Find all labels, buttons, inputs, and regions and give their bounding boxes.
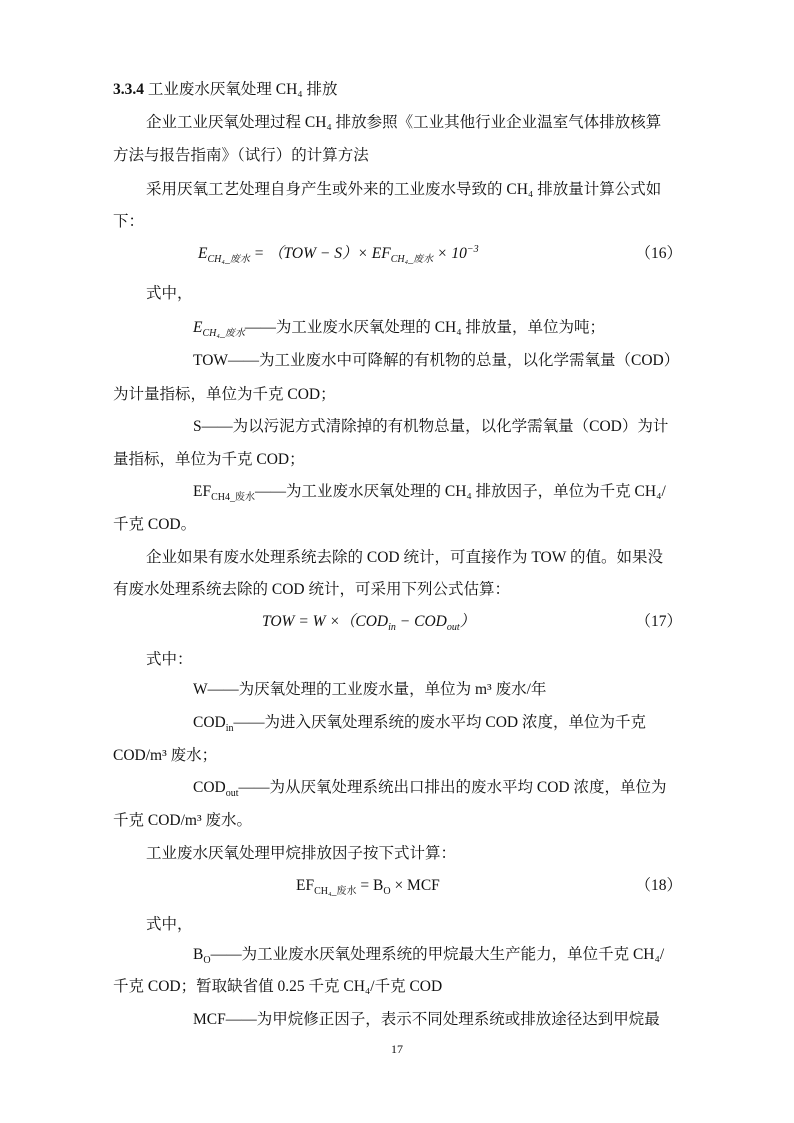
equation-number: （16）: [635, 244, 682, 264]
section-number: 3.3.4: [113, 81, 144, 98]
paragraph-line: 采用厌氧工艺处理自身产生或外来的工业废水导致的 CH₄ 排放量计算公式如: [146, 180, 661, 200]
where-label: 式中：: [146, 650, 193, 670]
equation-number: （18）: [635, 876, 682, 896]
paragraph-line: 千克 COD/m³ 废水。: [113, 811, 252, 831]
definition-e-ch4: ECH₄_废水——为工业废水厌氧处理的 CH₄ 排放量，单位为吨；: [193, 318, 605, 338]
equation-number: （17）: [635, 612, 682, 632]
definition-bo: BO——为工业废水厌氧处理系统的甲烷最大生产能力，单位千克 CH₄/: [193, 945, 664, 965]
paragraph-line: 企业如果有废水处理系统去除的 COD 统计，可直接作为 TOW 的值。如果没: [146, 548, 663, 568]
paragraph-line: COD/m³ 废水；: [113, 746, 217, 766]
section-title: 工业废水厌氧处理 CH₄ 排放: [148, 81, 338, 98]
definition-ef: EFCH4_废水——为工业废水厌氧处理的 CH₄ 排放因子，单位为千克 CH₄/: [193, 482, 666, 502]
paragraph-line: 工业废水厌氧处理甲烷排放因子按下式计算：: [146, 844, 456, 864]
paragraph-line: 为计量指标，单位为千克 COD；: [113, 385, 336, 405]
definition-cod-in: CODin——为进入厌氧处理系统的废水平均 COD 浓度，单位为千克: [193, 713, 646, 733]
paragraph-line: 企业工业厌氧处理过程 CH₄ 排放参照《工业其他行业企业温室气体排放核算: [146, 113, 661, 133]
where-label: 式中，: [146, 915, 193, 935]
where-label: 式中，: [146, 284, 193, 304]
definition-tow: TOW——为工业废水中可降解的有机物的总量，以化学需氧量（COD）: [193, 351, 679, 371]
paragraph-line: 千克 COD。: [113, 515, 196, 535]
section-heading: 3.3.4 工业废水厌氧处理 CH₄ 排放: [113, 80, 338, 100]
definition-w: W——为厌氧处理的工业废水量，单位为 m³ 废水/年: [193, 680, 546, 700]
definition-s: S——为以污泥方式清除掉的有机物总量，以化学需氧量（COD）为计: [193, 417, 668, 437]
paragraph-line: 千克 COD；暂取缺省值 0.25 千克 CH₄/千克 COD: [113, 977, 442, 997]
equation-16: ECH₄_废水 = （TOW − S）× EFCH₄_废水 × 10−3: [198, 244, 479, 264]
equation-18: EFCH₄_废水 = BO × MCF: [296, 876, 440, 896]
definition-cod-out: CODout——为从厌氧处理系统出口排出的废水平均 COD 浓度，单位为: [193, 778, 667, 798]
paragraph-line: 下：: [113, 212, 144, 232]
definition-mcf: MCF——为甲烷修正因子，表示不同处理系统或排放途径达到甲烷最: [193, 1010, 660, 1030]
equation-17: TOW = W ×（CODin − CODout）: [262, 612, 475, 632]
paragraph-line: 量指标，单位为千克 COD；: [113, 450, 305, 470]
paragraph-line: 有废水处理系统去除的 COD 统计，可采用下列公式估算：: [113, 580, 510, 600]
paragraph-line: 方法与报告指南》（试行）的计算方法: [113, 146, 369, 166]
page-number: 17: [0, 1042, 794, 1057]
